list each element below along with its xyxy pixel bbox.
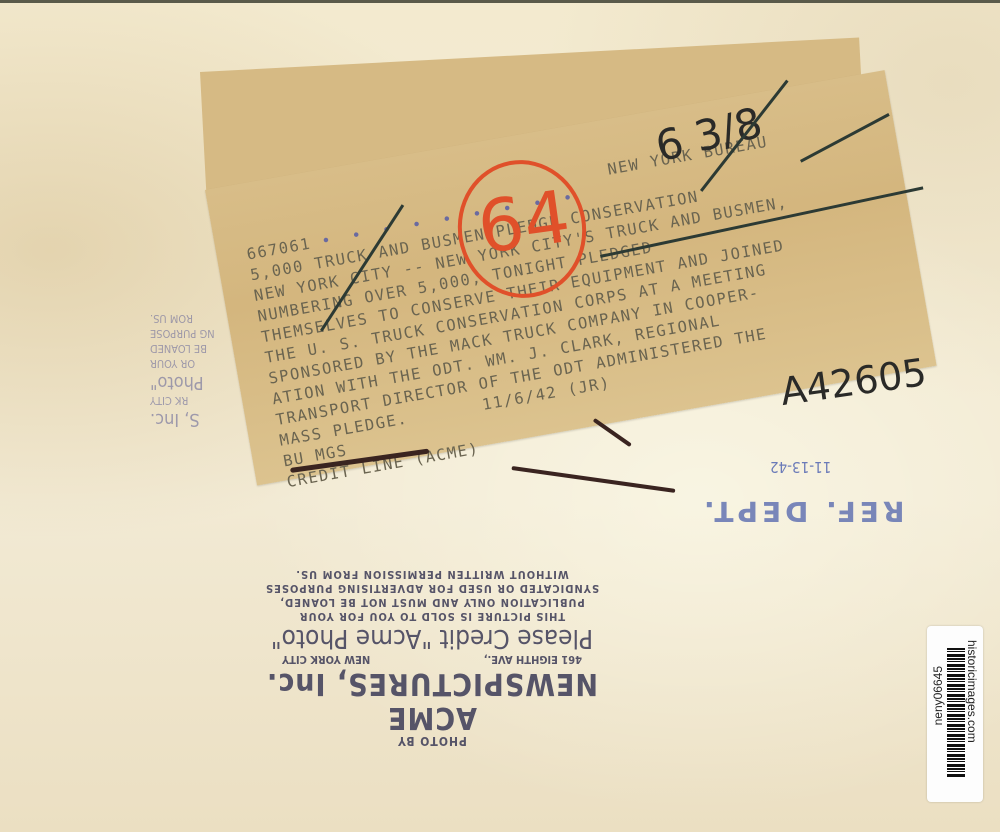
company-name: ACME NEWSPICTURES, Inc. <box>262 666 602 734</box>
usage-notice-line: SYNDICATED OR USED FOR ADVERTISING PURPO… <box>262 581 602 595</box>
barcode-label: historicimages.com neny06645 <box>927 626 983 802</box>
acme-credit-stamp: PHOTO BY ACME NEWSPICTURES, Inc. 461 EIG… <box>262 538 602 748</box>
usage-notice-line: THIS PICTURE IS SOLD TO YOU FOR YOUR <box>262 609 602 623</box>
usage-notice-line: WITHOUT WRITTEN PERMISSION FROM US. <box>262 567 602 581</box>
barcode-icon <box>947 648 965 778</box>
usage-notice-line: PUBLICATION ONLY AND MUST NOT BE LOANED, <box>262 595 602 609</box>
barcode-site: historicimages.com <box>965 640 979 743</box>
company-address: 461 EIGHTH AVE., NEW YORK CITY <box>262 653 602 666</box>
street-address: 461 EIGHTH AVE., <box>484 653 582 666</box>
ref-dept-date-stamp: 11-13-42 <box>770 458 831 476</box>
photo-by-label: PHOTO BY <box>262 734 602 748</box>
credit-instruction: Please Credit "Acme Photo" <box>262 623 602 653</box>
caption-initials: (JR) <box>566 374 612 399</box>
top-edge <box>0 0 1000 3</box>
barcode-id: neny06645 <box>931 666 945 725</box>
ref-dept-stamp: REF. DEPT. <box>700 495 904 528</box>
red-circled-number: 64 <box>473 174 575 270</box>
city: NEW YORK CITY <box>282 653 370 666</box>
